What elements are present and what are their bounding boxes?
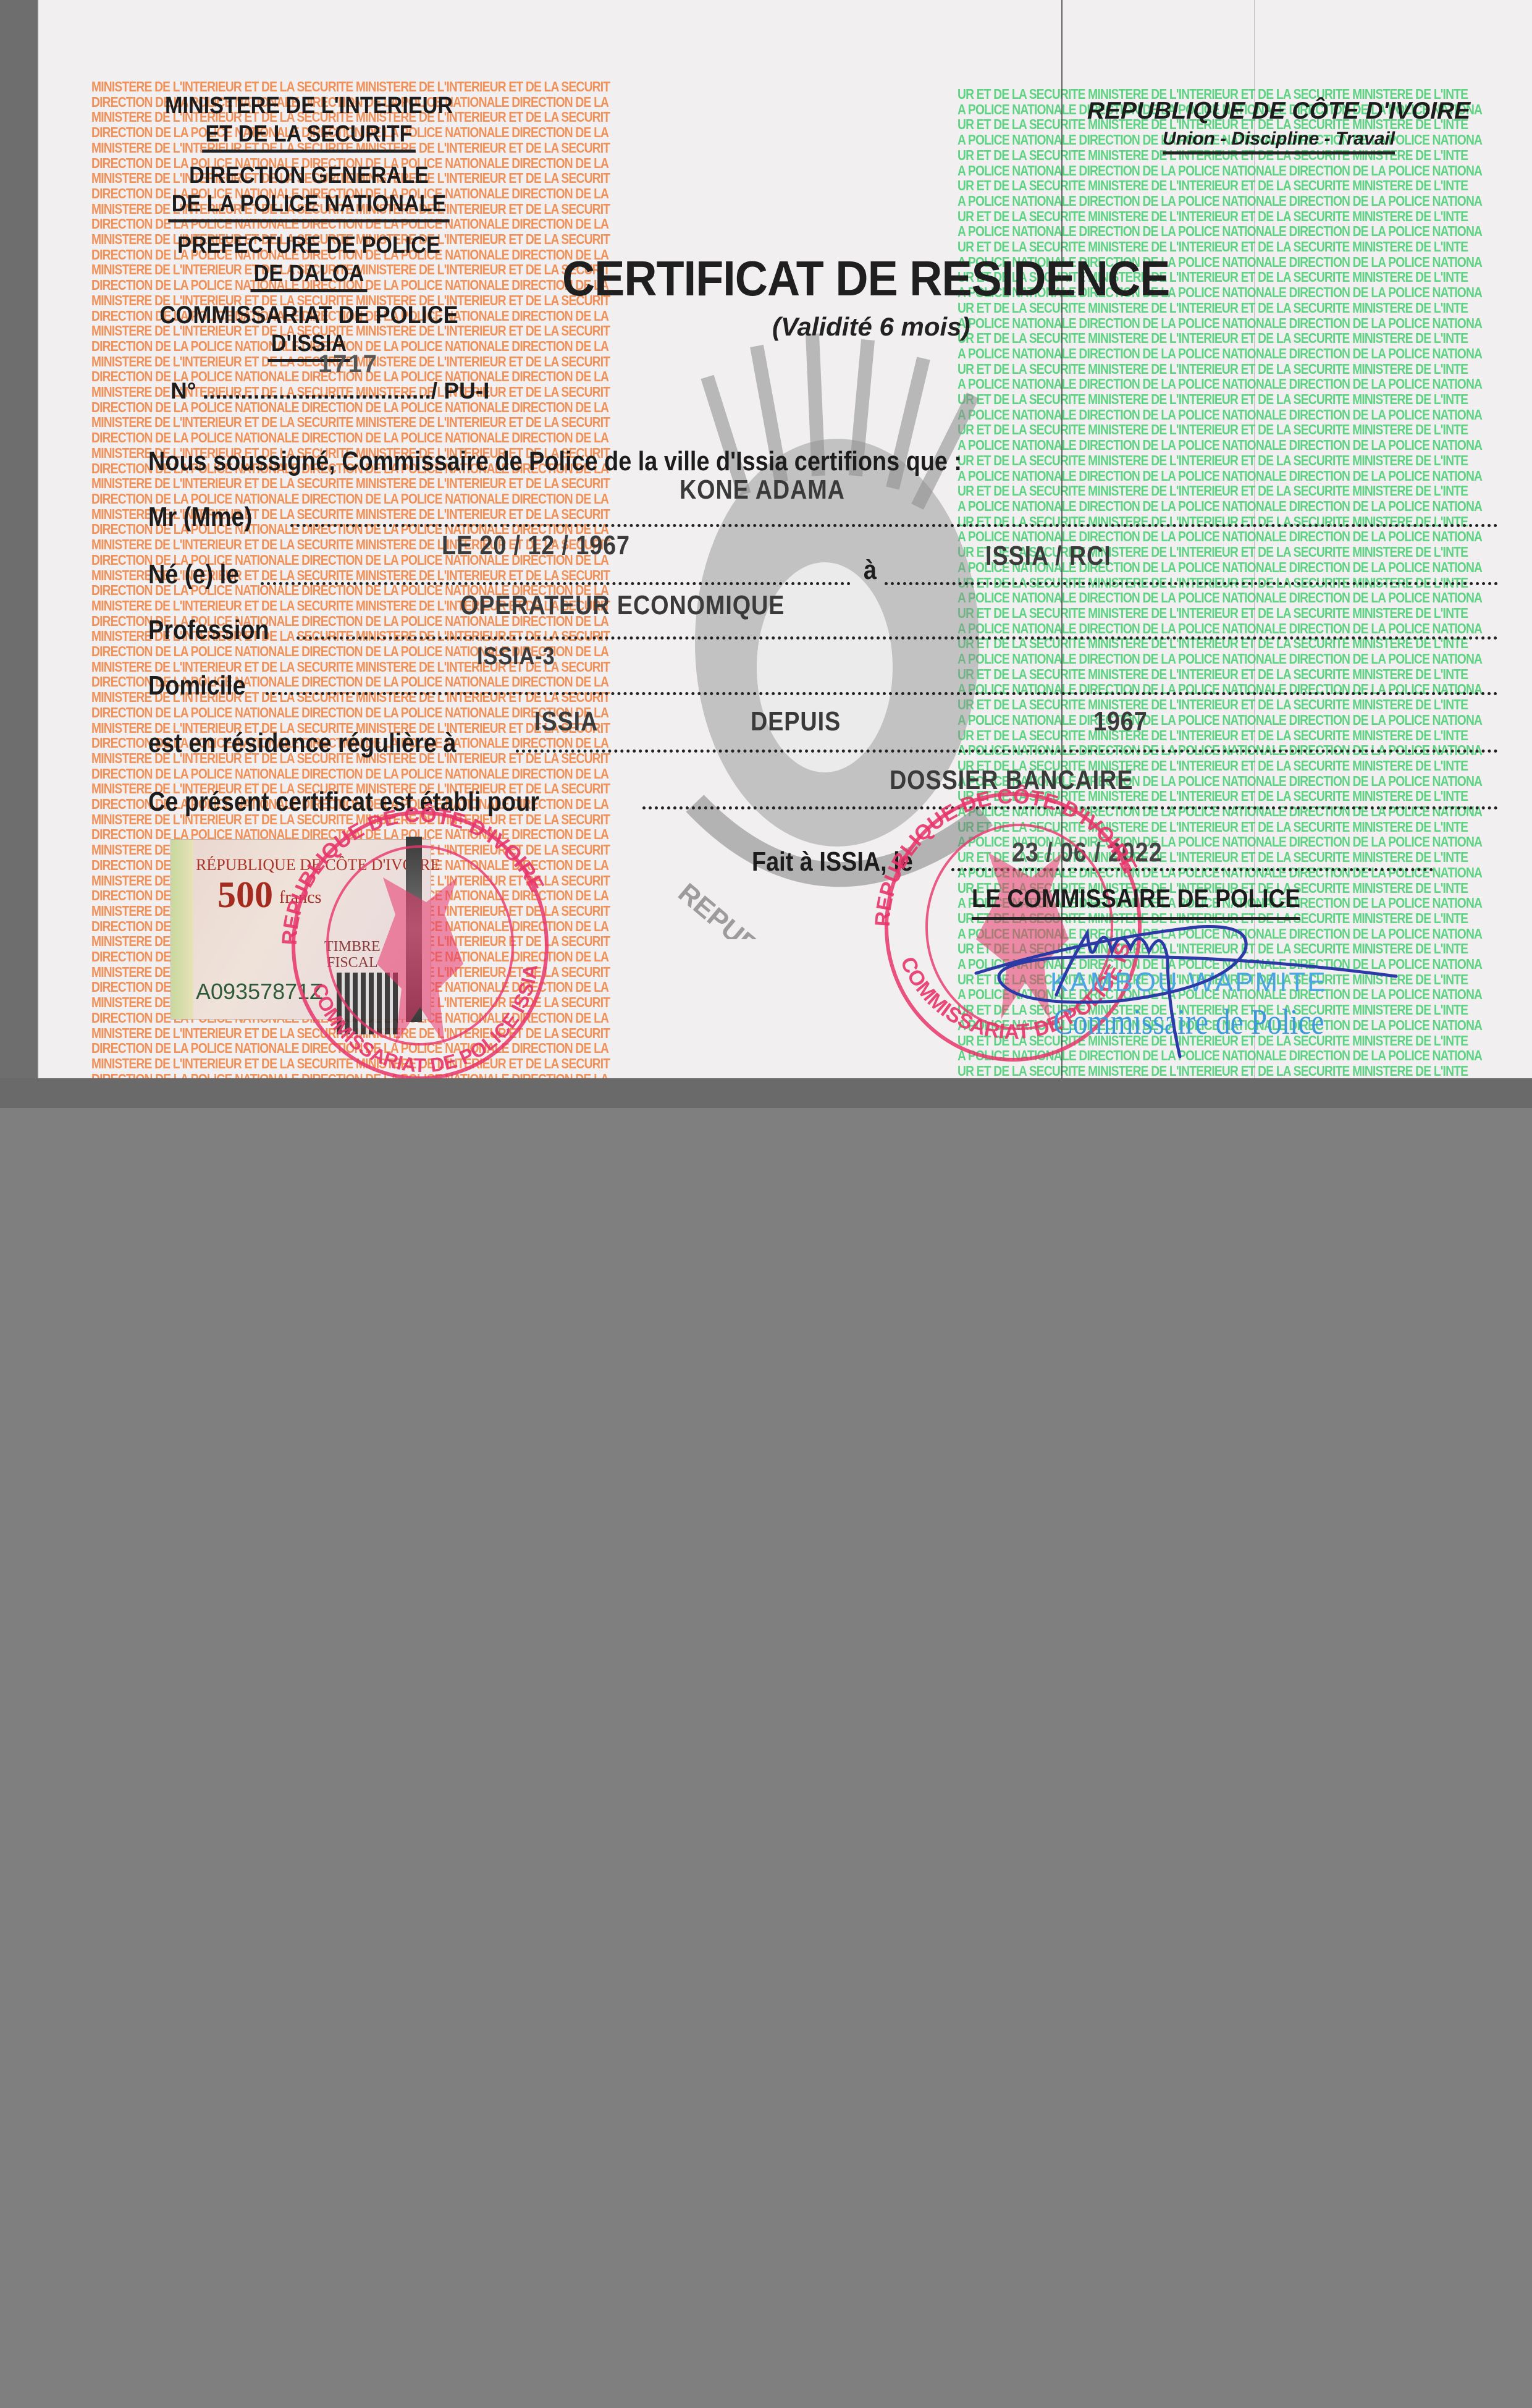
- scanner-shadow: [0, 1078, 1532, 1108]
- name-dotted-line: [290, 524, 1498, 527]
- domicile-value: ISSIA-3: [477, 643, 555, 670]
- ministry-line-1: MINISTERE DE L'INTERIEUR: [142, 91, 476, 120]
- security-pattern-row: UR ET DE LA SECURITE MINISTERE DE L'INTE…: [958, 697, 1528, 712]
- security-pattern-row: A POLICE NATIONALE DIRECTION DE LA POLIC…: [958, 193, 1528, 209]
- security-pattern-row: MINISTERE DE L'INTERIEUR ET DE LA SECURI…: [91, 415, 626, 430]
- birth-place-dotted-line: [885, 582, 1498, 585]
- security-pattern-row: A POLICE NATIONALE DIRECTION DE LA POLIC…: [958, 224, 1528, 239]
- security-pattern-row: A POLICE NATIONALE DIRECTION DE LA POLIC…: [958, 407, 1528, 423]
- document-title: CERTIFICAT DE RESIDENCE: [562, 250, 1169, 307]
- direction-line-2: DE LA POLICE NATIONALE: [168, 190, 449, 222]
- security-pattern-row: UR ET DE LA SECURITE MINISTERE DE L'INTE…: [958, 361, 1528, 377]
- validity-note: (Validité 6 mois): [772, 312, 970, 342]
- certificate-number-label: N° ..................................../…: [170, 378, 489, 404]
- security-pattern-row: A POLICE NATIONALE DIRECTION DE LA POLIC…: [958, 590, 1528, 606]
- security-pattern-row: UR ET DE LA SECURITE MINISTERE DE L'INTE…: [958, 209, 1528, 224]
- security-pattern-row: A POLICE NATIONALE DIRECTION DE LA POLIC…: [958, 621, 1528, 636]
- birth-place-value: ISSIA / RCI: [985, 541, 1111, 572]
- security-pattern-row: UR ET DE LA SECURITE MINISTERE DE L'INTE…: [958, 453, 1528, 468]
- police-round-stamp-left: REPUBLIQUE DE CÔTE D'IVOIRE COMMISSARIAT…: [259, 803, 581, 1088]
- prefecture-line-2: DE DALOA: [250, 260, 367, 292]
- security-pattern-row: A POLICE NATIONALE DIRECTION DE LA POLIC…: [958, 376, 1528, 392]
- security-pattern-row: A POLICE NATIONALE DIRECTION DE LA POLIC…: [958, 712, 1528, 728]
- name-value: KONE ADAMA: [680, 475, 845, 505]
- security-pattern-row: A POLICE NATIONALE DIRECTION DE LA POLIC…: [958, 468, 1528, 484]
- residence-label: est en résidence régulière à: [148, 728, 456, 759]
- national-motto: Union - Discipline - Travail: [1163, 127, 1395, 154]
- security-pattern-row: UR ET DE LA SECURITE MINISTERE DE L'INTE…: [958, 178, 1528, 193]
- security-pattern-row: UR ET DE LA SECURITE MINISTERE DE L'INTE…: [958, 422, 1528, 437]
- residence-dotted-line: [516, 750, 1498, 753]
- profession-dotted-line: [297, 636, 1498, 640]
- since-label: DEPUIS: [751, 706, 841, 737]
- security-pattern-row: UR ET DE LA SECURITE MINISTERE DE L'INTE…: [958, 483, 1528, 499]
- security-pattern-row: UR ET DE LA SECURITE MINISTERE DE L'INTE…: [958, 392, 1528, 407]
- security-pattern-row: A POLICE NATIONALE DIRECTION DE LA POLIC…: [958, 651, 1528, 667]
- domicile-label: Domicile: [148, 670, 246, 701]
- country-header: REPUBLIQUE DE CÔTE D'IVOIRE Union - Disc…: [1050, 96, 1507, 154]
- security-pattern-row: A POLICE NATIONALE DIRECTION DE LA POLIC…: [958, 499, 1528, 514]
- birth-label: Né (e) le: [148, 559, 239, 590]
- security-pattern-row: DIRECTION DE LA POLICE NATIONALE DIRECTI…: [91, 430, 626, 446]
- security-pattern-row: DIRECTION DE LA POLICE NATIONALE DIRECTI…: [91, 766, 626, 782]
- security-pattern-row: UR ET DE LA SECURITE MINISTERE DE L'INTE…: [958, 331, 1528, 346]
- commissariat-line-1: COMMISSARIAT DE POLICE: [142, 301, 476, 329]
- security-pattern-row: UR ET DE LA SECURITE MINISTERE DE L'INTE…: [958, 728, 1528, 743]
- scanner-edge: [0, 0, 37, 1106]
- security-pattern-row: MINISTERE DE L'INTERIEUR ET DE LA SECURI…: [91, 476, 626, 491]
- issuing-authority-header: MINISTERE DE L'INTERIEUR ET DE LA SECURI…: [124, 91, 494, 362]
- handwritten-signature: [964, 915, 1408, 1075]
- birth-date-dotted-line: [261, 582, 851, 585]
- ministry-line-2: ET DE LA SECURITF: [202, 120, 416, 153]
- security-pattern-row: A POLICE NATIONALE DIRECTION DE LA POLIC…: [958, 437, 1528, 453]
- certificate-number: 1717: [318, 350, 378, 378]
- intro-statement: Nous soussigné, Commissaire de Police de…: [148, 446, 962, 477]
- svg-text:REPUBLIQUE: REPUBLIQUE: [673, 877, 828, 939]
- direction-line-1: DIRECTION GENERALE: [142, 161, 476, 190]
- security-pattern-row: UR ET DE LA SECURITE MINISTERE DE L'INTE…: [958, 606, 1528, 621]
- security-pattern-row: UR ET DE LA SECURITE MINISTERE DE L'INTE…: [958, 667, 1528, 682]
- profession-value: OPERATEUR ECONOMIQUE: [460, 590, 785, 621]
- security-pattern-row: A POLICE NATIONALE DIRECTION DE LA POLIC…: [958, 163, 1528, 179]
- profession-label: Profession: [148, 615, 269, 646]
- name-label: Mr (Mme): [148, 502, 252, 533]
- birth-at-label: à: [864, 555, 877, 586]
- country-name: REPUBLIQUE DE CÔTE D'IVOIRE: [1050, 96, 1507, 127]
- since-value: 1967: [1093, 706, 1148, 737]
- residence-value: ISSIA: [534, 706, 598, 737]
- security-pattern-row: A POLICE NATIONALE DIRECTION DE LA POLIC…: [958, 346, 1528, 361]
- fiscal-stamp-border: [171, 840, 193, 1019]
- domicile-dotted-line: [266, 692, 1498, 695]
- prefecture-line-1: PREFECTURE DE POLICE: [142, 231, 476, 260]
- security-pattern-row: A POLICE NATIONALE DIRECTION DE LA POLIC…: [958, 316, 1528, 331]
- birth-date-value: LE 20 / 12 / 1967: [442, 530, 630, 561]
